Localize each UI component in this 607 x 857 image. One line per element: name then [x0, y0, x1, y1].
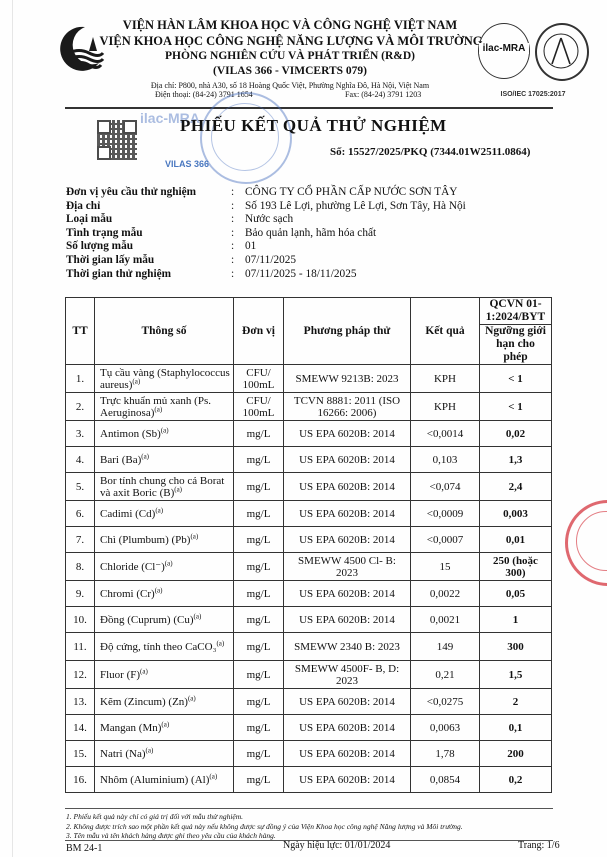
org-line-3: PHÒNG NGHIÊN CỨU VÀ PHÁT TRIỂN (R&D) [100, 50, 480, 62]
row-param: Nhôm (Aluminium) (Al)(a) [95, 767, 234, 793]
row-method: SMEWW 9213B: 2023 [284, 365, 411, 393]
info-row: Địa chỉ:Số 193 Lê Lợi, phường Lê Lợi, Sơ… [66, 200, 466, 214]
row-limit: 0,02 [480, 421, 552, 447]
accreditation-mark: (a) [188, 694, 196, 702]
row-result: 0,103 [411, 447, 480, 473]
row-limit: < 1 [480, 365, 552, 393]
row-method: US EPA 6020B: 2014 [284, 741, 411, 767]
row-result: KPH [411, 393, 480, 421]
ilac-mra-badge-icon: ilac-MRA [478, 23, 530, 79]
table-row: 11.Độ cứng, tính theo CaCO₃(a)mg/LSMEWW … [66, 633, 552, 661]
row-param: Bari (Ba)(a) [95, 447, 234, 473]
param-name: Nhôm (Aluminium) (Al) [100, 774, 209, 786]
table-row: 12.Fluor (F)(a)mg/LSMEWW 4500F- B, D: 20… [66, 661, 552, 689]
param-name: Đồng (Cuprum) (Cu) [100, 614, 194, 626]
table-row: 14.Mangan (Mn)(a)mg/LUS EPA 6020B: 20140… [66, 715, 552, 741]
row-tt: 2. [66, 393, 95, 421]
info-separator: : [231, 186, 245, 200]
header-unit: Đơn vị [234, 298, 284, 365]
row-unit: mg/L [234, 741, 284, 767]
header-divider [65, 107, 553, 109]
row-param: Đồng (Cuprum) (Cu)(a) [95, 607, 234, 633]
row-param: Mangan (Mn)(a) [95, 715, 234, 741]
page-edge [12, 0, 13, 857]
row-unit: CFU/ 100mL [234, 393, 284, 421]
info-value: CÔNG TY CỔ PHẦN CẤP NƯỚC SƠN TÂY [245, 186, 457, 200]
row-unit: mg/L [234, 715, 284, 741]
row-method: SMEWW 4500 Cl- B: 2023 [284, 553, 411, 581]
qr-code-icon [97, 120, 137, 160]
row-unit: mg/L [234, 661, 284, 689]
accreditation-triangle-icon [536, 24, 586, 78]
header-standard: QCVN 01-1:2024/BYT [480, 298, 552, 325]
row-limit: 1 [480, 607, 552, 633]
table-row: 16.Nhôm (Aluminium) (Al)(a)mg/LUS EPA 60… [66, 767, 552, 793]
row-limit: 300 [480, 633, 552, 661]
page-number: Trang: 1/6 [518, 840, 560, 851]
accreditation-mark: (a) [154, 405, 162, 413]
row-method: US EPA 6020B: 2014 [284, 527, 411, 553]
info-row: Đơn vị yêu cầu thử nghiệm:CÔNG TY CỔ PHẦ… [66, 186, 466, 200]
row-tt: 11. [66, 633, 95, 661]
table-row: 10.Đồng (Cuprum) (Cu)(a)mg/LUS EPA 6020B… [66, 607, 552, 633]
row-method: US EPA 6020B: 2014 [284, 421, 411, 447]
info-separator: : [231, 268, 245, 282]
row-limit: 2,4 [480, 473, 552, 501]
row-unit: mg/L [234, 581, 284, 607]
document-title: PHIẾU KẾT QUẢ THỬ NGHIỆM [180, 116, 447, 136]
row-limit: 1,3 [480, 447, 552, 473]
info-row: Thời gian lấy mẫu:07/11/2025 [66, 254, 466, 268]
row-param: Chì (Plumbum) (Pb)(a) [95, 527, 234, 553]
row-param: Độ cứng, tính theo CaCO₃(a) [95, 633, 234, 661]
row-param: Antimon (Sb)(a) [95, 421, 234, 447]
row-unit: mg/L [234, 767, 284, 793]
row-unit: mg/L [234, 501, 284, 527]
accreditation-mark: (a) [161, 426, 169, 434]
row-param: Chromi (Cr)(a) [95, 581, 234, 607]
effective-date: Ngày hiệu lực: 01/01/2024 [283, 840, 390, 851]
row-tt: 9. [66, 581, 95, 607]
row-limit: 0,05 [480, 581, 552, 607]
accreditation-mark: (a) [146, 746, 154, 754]
param-name: Natri (Na) [100, 748, 146, 760]
accreditation-mark: (a) [161, 720, 169, 728]
row-unit: mg/L [234, 553, 284, 581]
org-line-4: (VILAS 366 - VIMCERTS 079) [100, 65, 480, 77]
param-name: Bari (Ba) [100, 454, 141, 466]
row-result: 0,0854 [411, 767, 480, 793]
row-result: 0,0022 [411, 581, 480, 607]
row-param: Bor tính chung cho cả Borat và axit Bori… [95, 473, 234, 501]
info-value: 07/11/2025 [245, 254, 296, 268]
row-result: 15 [411, 553, 480, 581]
accreditation-mark: (a) [155, 586, 163, 594]
row-limit: 2 [480, 689, 552, 715]
table-row: 8.Chloride (Cl⁻)(a)mg/LSMEWW 4500 Cl- B:… [66, 553, 552, 581]
row-method: US EPA 6020B: 2014 [284, 715, 411, 741]
accreditation-mark: (a) [216, 639, 224, 647]
info-value: Số 193 Lê Lợi, phường Lê Lợi, Sơn Tây, H… [245, 200, 466, 214]
header-method: Phương pháp thử [284, 298, 411, 365]
row-method: US EPA 6020B: 2014 [284, 607, 411, 633]
param-name: Tụ cầu vàng (Staphylococcus aureus) [100, 367, 230, 391]
row-unit: mg/L [234, 421, 284, 447]
header-tt: TT [66, 298, 95, 365]
table-row: 4.Bari (Ba)(a)mg/LUS EPA 6020B: 20140,10… [66, 447, 552, 473]
info-row: Tình trạng mẫu:Bảo quản lạnh, hãm hóa ch… [66, 227, 466, 241]
row-result: 0,0021 [411, 607, 480, 633]
info-value: 01 [245, 240, 256, 254]
accreditation-mark: (a) [209, 772, 217, 780]
row-result: <0,0009 [411, 501, 480, 527]
param-name: Độ cứng, tính theo CaCO₃ [100, 641, 216, 653]
row-method: SMEWW 2340 B: 2023 [284, 633, 411, 661]
param-name: Fluor (F) [100, 669, 140, 681]
table-row: 3.Antimon (Sb)(a)mg/LUS EPA 6020B: 2014<… [66, 421, 552, 447]
org-line-1: VIỆN HÀN LÂM KHOA HỌC VÀ CÔNG NGHỆ VIỆT … [100, 18, 480, 33]
iso-standard: ISO/IEC 17025:2017 [478, 91, 588, 98]
address: Địa chỉ: P800, nhà A30, số 18 Hoàng Quốc… [100, 81, 480, 90]
table-row: 7.Chì (Plumbum) (Pb)(a)mg/LUS EPA 6020B:… [66, 527, 552, 553]
accreditation-badge-icon [535, 23, 589, 81]
row-method: US EPA 6020B: 2014 [284, 767, 411, 793]
info-separator: : [231, 200, 245, 214]
row-method: US EPA 6020B: 2014 [284, 473, 411, 501]
row-unit: mg/L [234, 447, 284, 473]
row-tt: 6. [66, 501, 95, 527]
row-limit: 200 [480, 741, 552, 767]
row-limit: < 1 [480, 393, 552, 421]
info-separator: : [231, 240, 245, 254]
param-name: Bor tính chung cho cả Borat và axit Bori… [100, 475, 224, 499]
row-limit: 250 (hoặc 300) [480, 553, 552, 581]
param-name: Chromi (Cr) [100, 588, 155, 600]
info-label: Địa chỉ [66, 200, 231, 214]
row-method: SMEWW 4500F- B, D: 2023 [284, 661, 411, 689]
row-tt: 5. [66, 473, 95, 501]
accreditation-mark: (a) [132, 377, 140, 385]
accreditation-mark: (a) [140, 667, 148, 675]
info-separator: : [231, 213, 245, 227]
row-tt: 4. [66, 447, 95, 473]
param-name: Chloride (Cl⁻) [100, 561, 165, 573]
info-label: Thời gian thử nghiệm [66, 268, 231, 282]
row-result: <0,0007 [411, 527, 480, 553]
row-method: US EPA 6020B: 2014 [284, 581, 411, 607]
info-label: Tình trạng mẫu [66, 227, 231, 241]
row-tt: 3. [66, 421, 95, 447]
row-param: Chloride (Cl⁻)(a) [95, 553, 234, 581]
row-method: US EPA 6020B: 2014 [284, 689, 411, 715]
footnote-divider [65, 808, 553, 809]
fax: Fax: (84-24) 3791 1203 [345, 90, 421, 99]
org-line-2: VIỆN KHOA HỌC CÔNG NGHỆ NĂNG LƯỢNG VÀ MÔ… [96, 34, 486, 49]
row-result: <0,0014 [411, 421, 480, 447]
param-name: Cadimi (Cd) [100, 508, 155, 520]
accreditation-mark: (a) [190, 532, 198, 540]
row-limit: 0,1 [480, 715, 552, 741]
row-limit: 0,2 [480, 767, 552, 793]
row-tt: 16. [66, 767, 95, 793]
row-result: <0,074 [411, 473, 480, 501]
footnotes: 1. Phiếu kết quả này chỉ có giá trị đối … [66, 812, 463, 841]
row-result: <0,0275 [411, 689, 480, 715]
row-result: 1,78 [411, 741, 480, 767]
info-value: Nước sạch [245, 213, 293, 227]
row-unit: mg/L [234, 689, 284, 715]
row-tt: 8. [66, 553, 95, 581]
row-method: TCVN 8881: 2011 (ISO 16266: 2006) [284, 393, 411, 421]
accreditation-mark: (a) [141, 452, 149, 460]
row-tt: 12. [66, 661, 95, 689]
row-result: 149 [411, 633, 480, 661]
accreditation-mark: (a) [155, 506, 163, 514]
row-tt: 7. [66, 527, 95, 553]
info-value: 07/11/2025 - 18/11/2025 [245, 268, 357, 282]
row-result: 0,0063 [411, 715, 480, 741]
footnote: 1. Phiếu kết quả này chỉ có giá trị đối … [66, 812, 463, 822]
param-name: Mangan (Mn) [100, 722, 161, 734]
red-seal-stamp-icon [565, 500, 607, 586]
row-tt: 13. [66, 689, 95, 715]
row-param: Cadimi (Cd)(a) [95, 501, 234, 527]
report-number: Số: 15527/2025/PKQ (7344.01W2511.0864) [330, 146, 530, 158]
row-limit: 0,01 [480, 527, 552, 553]
row-unit: mg/L [234, 473, 284, 501]
row-unit: mg/L [234, 607, 284, 633]
param-name: Antimon (Sb) [100, 428, 161, 440]
row-param: Tụ cầu vàng (Staphylococcus aureus)(a) [95, 365, 234, 393]
info-row: Số lượng mẫu:01 [66, 240, 466, 254]
table-row: 5.Bor tính chung cho cả Borat và axit Bo… [66, 473, 552, 501]
vilas-stamp-label: VILAS 366 [165, 159, 209, 169]
info-label: Thời gian lấy mẫu [66, 254, 231, 268]
table-row: 2.Trực khuẩn mủ xanh (Ps. Aeruginosa)(a)… [66, 393, 552, 421]
results-body: 1.Tụ cầu vàng (Staphylococcus aureus)(a)… [66, 365, 552, 793]
row-param: Natri (Na)(a) [95, 741, 234, 767]
info-separator: : [231, 254, 245, 268]
info-row: Loại mẫu:Nước sạch [66, 213, 466, 227]
accreditation-mark: (a) [174, 485, 182, 493]
info-label: Số lượng mẫu [66, 240, 231, 254]
row-unit: CFU/ 100mL [234, 365, 284, 393]
info-label: Loại mẫu [66, 213, 231, 227]
row-param: Trực khuẩn mủ xanh (Ps. Aeruginosa)(a) [95, 393, 234, 421]
results-table: TT Thông số Đơn vị Phương pháp thử Kết q… [65, 297, 552, 793]
header-result: Kết quả [411, 298, 480, 365]
sample-info: Đơn vị yêu cầu thử nghiệm:CÔNG TY CỔ PHẦ… [66, 186, 466, 281]
param-name: Kẽm (Zincum) (Zn) [100, 696, 188, 708]
header-param: Thông số [95, 298, 234, 365]
table-row: 15.Natri (Na)(a)mg/LUS EPA 6020B: 20141,… [66, 741, 552, 767]
row-tt: 1. [66, 365, 95, 393]
table-row: 13.Kẽm (Zincum) (Zn)(a)mg/LUS EPA 6020B:… [66, 689, 552, 715]
row-tt: 10. [66, 607, 95, 633]
table-row: 1.Tụ cầu vàng (Staphylococcus aureus)(a)… [66, 365, 552, 393]
info-separator: : [231, 227, 245, 241]
table-row: 6.Cadimi (Cd)(a)mg/LUS EPA 6020B: 2014<0… [66, 501, 552, 527]
row-limit: 1,5 [480, 661, 552, 689]
ilac-mra-label: ilac-MRA [479, 43, 529, 54]
form-code: BM 24-1 [66, 843, 102, 854]
info-row: Thời gian thử nghiệm:07/11/2025 - 18/11/… [66, 268, 466, 282]
accreditation-mark: (a) [165, 559, 173, 567]
row-limit: 0,003 [480, 501, 552, 527]
info-value: Bảo quản lạnh, hãm hóa chất [245, 227, 376, 241]
row-unit: mg/L [234, 633, 284, 661]
footnote: 2. Không được trích sao một phần kết quả… [66, 822, 463, 832]
row-unit: mg/L [234, 527, 284, 553]
row-result: 0,21 [411, 661, 480, 689]
row-param: Fluor (F)(a) [95, 661, 234, 689]
param-name: Chì (Plumbum) (Pb) [100, 534, 190, 546]
row-tt: 15. [66, 741, 95, 767]
row-result: KPH [411, 365, 480, 393]
row-tt: 14. [66, 715, 95, 741]
info-label: Đơn vị yêu cầu thử nghiệm [66, 186, 231, 200]
row-method: US EPA 6020B: 2014 [284, 447, 411, 473]
table-row: 9.Chromi (Cr)(a)mg/LUS EPA 6020B: 20140,… [66, 581, 552, 607]
accreditation-mark: (a) [194, 612, 202, 620]
accreditation-stamp-icon [200, 92, 292, 184]
row-param: Kẽm (Zincum) (Zn)(a) [95, 689, 234, 715]
header-limit: Ngưỡng giới hạn cho phép [480, 325, 552, 365]
row-method: US EPA 6020B: 2014 [284, 501, 411, 527]
